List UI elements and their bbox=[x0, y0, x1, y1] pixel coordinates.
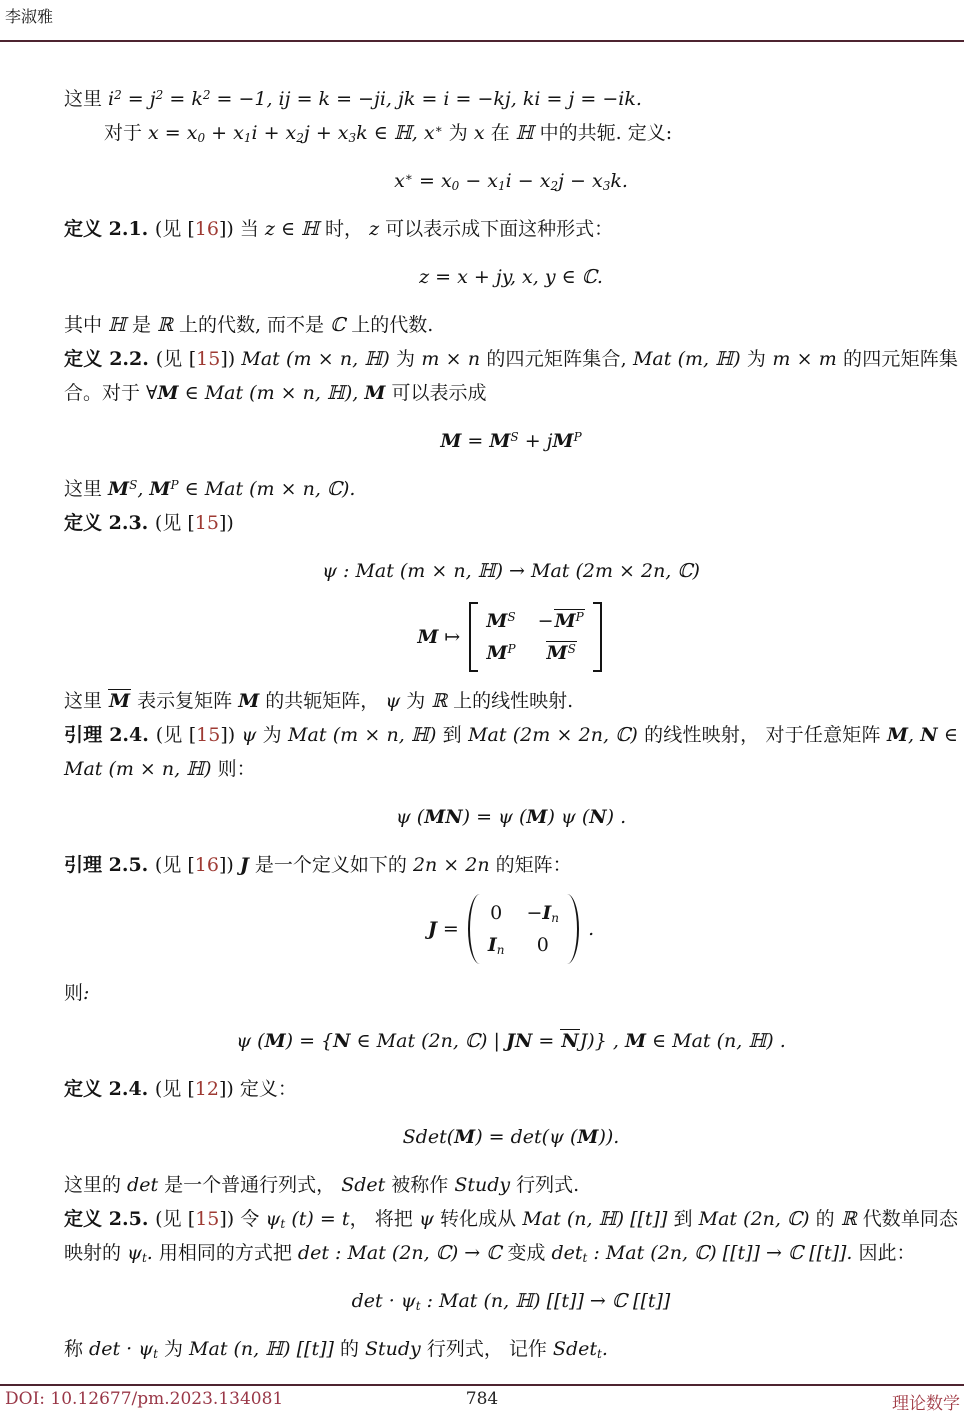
text-segment: ψ ( bbox=[236, 1030, 264, 1052]
text-segment: ℂ bbox=[330, 314, 351, 336]
text-segment: M bbox=[547, 642, 568, 664]
overline-group: MP bbox=[554, 609, 585, 633]
text-segment: Mat (2m × 2n, ℂ) bbox=[468, 724, 644, 746]
text-segment: 定义 2.3. bbox=[64, 512, 155, 534]
text-segment: 2n × 2n bbox=[413, 854, 496, 876]
text-segment: (见 [ bbox=[156, 348, 196, 370]
text-segment: 表示复矩阵 bbox=[137, 690, 238, 712]
text-segment: (见 [ bbox=[155, 854, 195, 876]
matrix-cell: 0 bbox=[526, 930, 559, 960]
text-segment: 称 bbox=[64, 1338, 89, 1360]
text-segment: 这里的 bbox=[64, 1174, 127, 1196]
text-segment: = x bbox=[413, 170, 452, 192]
text-segment: ∈ Mat (m × n, ℍ), bbox=[179, 382, 365, 404]
running-header-author: 李淑雅 bbox=[5, 4, 53, 27]
text-segment: . bbox=[147, 1242, 159, 1264]
text-segment: 引理 2.4. bbox=[64, 724, 156, 746]
text-segment: 被称作 bbox=[391, 1174, 454, 1196]
text-segment: JN bbox=[506, 1030, 532, 1052]
paper-page: 李淑雅 这里 i2 = j2 = k2 = −1, ij = k = −ji, … bbox=[0, 0, 964, 1414]
text-segment: 中的共轭. 定义: bbox=[540, 122, 672, 144]
text-segment: 的 bbox=[816, 1208, 841, 1230]
text-segment: 变成 bbox=[507, 1242, 551, 1264]
text-segment: J bbox=[428, 918, 437, 940]
citation-link[interactable]: 15 bbox=[196, 724, 220, 746]
text-segment: M bbox=[577, 1126, 598, 1148]
text-segment: z = x + jy, x, y ∈ ℂ. bbox=[419, 266, 603, 288]
text-segment: N bbox=[333, 1030, 350, 1052]
matrix-cell: 0 bbox=[488, 898, 505, 928]
matrix: 0−InIn0 bbox=[468, 894, 579, 964]
text-segment: 1 bbox=[498, 179, 506, 193]
citation-link[interactable]: 16 bbox=[195, 218, 219, 240]
text-segment: 时， bbox=[325, 218, 369, 240]
text-segment: 到 bbox=[673, 1208, 698, 1230]
text-segment: 上的代数. bbox=[351, 314, 433, 336]
paragraph: 其中 ℍ 是 ℝ 上的代数, 而不是 ℂ 上的代数. bbox=[64, 308, 958, 342]
text-segment: n bbox=[551, 911, 559, 925]
text-segment: J)} , bbox=[580, 1030, 625, 1052]
citation-link[interactable]: 15 bbox=[196, 348, 220, 370]
text-segment: ]) bbox=[219, 512, 234, 534]
text-segment: 为 bbox=[449, 122, 474, 144]
text-segment: det bbox=[127, 1174, 164, 1196]
text-segment: . bbox=[602, 1338, 608, 1360]
paragraph: 对于 x = x0 + x1i + x2j + x3k ∈ ℍ, x∗ 为 x … bbox=[64, 116, 958, 150]
paragraph: 这里的 det 是一个普通行列式， Sdet 被称作 Study 行列式. bbox=[64, 1168, 958, 1202]
text-segment: 的线性映射， 对于任意矩阵 bbox=[644, 724, 887, 746]
text-segment: det : Mat (2n, ℂ) → ℂ bbox=[298, 1242, 508, 1264]
text-segment: z bbox=[369, 218, 385, 240]
text-segment: 0 bbox=[537, 934, 549, 956]
text-segment: P bbox=[576, 610, 584, 624]
text-segment: 这里 bbox=[64, 88, 108, 110]
content: 这里 i2 = j2 = k2 = −1, ij = k = −ji, jk =… bbox=[64, 82, 958, 1366]
text-segment: 在 bbox=[491, 122, 516, 144]
text-segment: ψ bbox=[241, 724, 262, 746]
text-segment: 是 bbox=[132, 314, 157, 336]
text-segment: M bbox=[486, 642, 507, 664]
matrix-cell: −In bbox=[526, 898, 559, 928]
text-segment: M bbox=[887, 724, 908, 746]
text-segment: + x bbox=[205, 122, 244, 144]
text-segment: M bbox=[364, 382, 385, 404]
text-segment: 转化成从 bbox=[440, 1208, 522, 1230]
matrix-cell: In bbox=[488, 930, 505, 960]
text-segment: ∀ bbox=[146, 382, 157, 404]
text-segment: = bbox=[532, 1030, 560, 1052]
text-segment: 可以表示成下面这种形式： bbox=[385, 218, 613, 240]
text-segment: 的共轭矩阵， bbox=[265, 690, 385, 712]
text-segment: 行列式. bbox=[516, 1174, 579, 1196]
text-segment: det · ψ bbox=[89, 1338, 153, 1360]
text-segment: ℝ bbox=[157, 314, 179, 336]
text-segment: 则： bbox=[218, 758, 256, 780]
text-segment: M bbox=[555, 610, 576, 632]
text-segment: 对于 bbox=[104, 122, 148, 144]
text-segment: ∈ Mat (n, ℍ) . bbox=[646, 1030, 786, 1052]
text-segment: 的矩阵： bbox=[496, 854, 572, 876]
text-segment: 引理 2.5. bbox=[64, 854, 155, 876]
equation: ψ (MN) = ψ (M) ψ (N) . bbox=[64, 800, 958, 834]
text-segment: k ∈ ℍ, x bbox=[356, 122, 434, 144]
matrix-lhs: M ↦ bbox=[417, 620, 466, 654]
text-segment: 2 bbox=[296, 131, 304, 145]
text-segment: : Mat (n, ℍ) [[t]] → ℂ [[t]] bbox=[421, 1290, 671, 1312]
text-segment: 上的线性映射. bbox=[453, 690, 573, 712]
text-segment: J bbox=[240, 854, 249, 876]
text-segment: ψ ( bbox=[396, 806, 424, 828]
text-segment: (见 [ bbox=[155, 512, 195, 534]
text-segment: N bbox=[589, 806, 606, 828]
matrix-cell: −MP bbox=[538, 606, 585, 636]
text-segment: ) = det(ψ ( bbox=[475, 1126, 577, 1148]
text-segment: ↦ bbox=[438, 626, 466, 648]
text-segment: n bbox=[497, 943, 505, 957]
text-segment: 为 bbox=[396, 348, 421, 370]
text-segment: , bbox=[137, 478, 149, 500]
text-segment: S bbox=[510, 430, 518, 444]
text-segment: det bbox=[551, 1242, 582, 1264]
text-segment: : Mat (2n, ℂ) [[t]] → ℂ [[t]]. bbox=[587, 1242, 858, 1264]
paragraph: 定义 2.2. (见 [15]) Mat (m × n, ℍ) 为 m × n … bbox=[64, 342, 958, 410]
text-segment: 其中 bbox=[64, 314, 108, 336]
page-footer: DOI: 10.12677/pm.2023.134081 784 理论数学 bbox=[0, 1389, 964, 1413]
paragraph: 称 det · ψt 为 Mat (n, ℍ) [[t]] 的 Study 行列… bbox=[64, 1332, 958, 1366]
text-segment: Mat (n, ℍ) [[t]] bbox=[522, 1208, 673, 1230]
paragraph: 这里 M 表示复矩阵 M 的共轭矩阵， ψ 为 ℝ 上的线性映射. bbox=[64, 684, 958, 718]
matrix-grid: MS−MPMPMS bbox=[478, 602, 592, 672]
text-segment: 是一个普通行列式， bbox=[164, 1174, 341, 1196]
text-segment: Mat (m, ℍ) bbox=[633, 348, 747, 370]
text-segment: N bbox=[920, 724, 937, 746]
text-segment: ∗ bbox=[405, 170, 413, 184]
text-segment: M bbox=[238, 690, 259, 712]
text-segment: ]) bbox=[219, 1078, 240, 1100]
equation: M = MS + jMP bbox=[64, 424, 958, 458]
text-segment: ∈ Mat (m × n, ℂ). bbox=[179, 478, 356, 500]
matrix-left-bracket bbox=[468, 894, 480, 964]
text-segment: ]) bbox=[219, 1208, 240, 1230]
text-segment: S bbox=[568, 642, 576, 656]
matrix-cell: MS bbox=[538, 638, 585, 668]
overline-group: MS bbox=[546, 641, 577, 665]
text-segment: M bbox=[440, 430, 461, 452]
text-segment: Mat (n, ℍ) [[t]] bbox=[189, 1338, 340, 1360]
equation: ψ : Mat (m × n, ℍ) → Mat (2m × 2n, ℂ) bbox=[64, 554, 958, 588]
text-segment: MN bbox=[424, 806, 462, 828]
text-segment: = bbox=[163, 88, 191, 110]
text-segment: x bbox=[474, 122, 491, 144]
text-segment: + j bbox=[519, 430, 553, 452]
citation-link[interactable]: 12 bbox=[195, 1078, 219, 1100]
text-segment: ， 将把 bbox=[350, 1208, 419, 1230]
text-segment: m × n bbox=[421, 348, 486, 370]
text-segment: ψ bbox=[419, 1208, 440, 1230]
citation-link[interactable]: 15 bbox=[195, 1208, 219, 1230]
text-segment: Mat (m × n, ℍ) bbox=[241, 348, 396, 370]
overline-group: M bbox=[108, 689, 131, 713]
paragraph: 引理 2.4. (见 [15]) ψ 为 Mat (m × n, ℍ) 到 Ma… bbox=[64, 718, 958, 786]
matrix-right-bracket bbox=[593, 602, 602, 672]
text-segment: M bbox=[265, 1030, 286, 1052]
text-segment: ) = { bbox=[286, 1030, 334, 1052]
text-segment: 为 bbox=[263, 724, 288, 746]
text-segment: ]) bbox=[220, 724, 241, 746]
text-segment: ℍ bbox=[516, 122, 540, 144]
page-number: 784 bbox=[0, 1389, 964, 1409]
paragraph: 这里 i2 = j2 = k2 = −1, ij = k = −ji, jk =… bbox=[64, 82, 958, 116]
text-segment: M bbox=[553, 430, 574, 452]
text-segment: 令 bbox=[240, 1208, 265, 1230]
text-segment: M bbox=[417, 626, 438, 648]
text-segment: M bbox=[109, 690, 130, 712]
text-segment: P bbox=[574, 430, 582, 444]
matrix-equation: M ↦ MS−MPMPMS bbox=[64, 602, 958, 672]
text-segment: x = x bbox=[148, 122, 197, 144]
text-segment: (t) = t bbox=[285, 1208, 349, 1230]
text-segment: k. bbox=[610, 170, 628, 192]
matrix-right-bracket bbox=[567, 894, 579, 964]
equation: ψ (M) = {N ∈ Mat (2n, ℂ) | JN = NJ)} , M… bbox=[64, 1024, 958, 1058]
paragraph: 定义 2.1. (见 [16]) 当 z ∈ ℍ 时， z 可以表示成下面这种形… bbox=[64, 212, 958, 246]
text-segment: − bbox=[538, 610, 554, 632]
footer-divider bbox=[0, 1384, 964, 1386]
matrix-lhs: J = bbox=[428, 912, 465, 946]
text-segment: M bbox=[149, 478, 170, 500]
text-segment: (见 [ bbox=[155, 1208, 195, 1230]
text-segment: . bbox=[582, 918, 594, 940]
text-segment: 定义： bbox=[240, 1078, 297, 1100]
text-segment: = −1, ij = k = −ji, jk = i = −kj, ki = j… bbox=[210, 88, 641, 110]
text-segment: 定义 2.5. bbox=[64, 1208, 155, 1230]
text-segment: )). bbox=[598, 1126, 619, 1148]
text-segment: M bbox=[108, 478, 129, 500]
text-segment: 0 bbox=[490, 902, 502, 924]
text-segment: (见 [ bbox=[156, 724, 196, 746]
text-segment: 当 bbox=[240, 218, 265, 240]
text-segment: P bbox=[170, 478, 178, 492]
text-segment: 为 bbox=[406, 690, 431, 712]
text-segment: i − x bbox=[506, 170, 551, 192]
journal-name[interactable]: 理论数学 bbox=[892, 1389, 960, 1414]
text-segment: 2 bbox=[550, 179, 558, 193]
matrix: MS−MPMPMS bbox=[469, 602, 601, 672]
text-segment: M bbox=[486, 610, 507, 632]
text-segment: det · ψ bbox=[352, 1290, 416, 1312]
text-segment: 因此： bbox=[858, 1242, 915, 1264]
text-segment: Study bbox=[365, 1338, 427, 1360]
text-segment: M bbox=[625, 1030, 646, 1052]
text-segment: j − x bbox=[558, 170, 603, 192]
paragraph: 定义 2.5. (见 [15]) 令 ψt (t) = t， 将把 ψ 转化成从… bbox=[64, 1202, 958, 1270]
text-segment: 则 bbox=[64, 982, 83, 1004]
text-segment: ψ bbox=[127, 1242, 142, 1264]
text-segment: ψ bbox=[265, 1208, 280, 1230]
matrix-equation: J = 0−InIn0 . bbox=[64, 894, 958, 964]
text-segment: (见 [ bbox=[155, 218, 195, 240]
text-segment: = bbox=[461, 430, 489, 452]
text-segment: ]) bbox=[219, 218, 240, 240]
text-segment: : bbox=[83, 982, 89, 1004]
text-segment: 0 bbox=[197, 131, 205, 145]
text-segment: Mat (2n, ℂ) bbox=[699, 1208, 816, 1230]
text-segment: ) . bbox=[607, 806, 627, 828]
text-segment: ) = ψ ( bbox=[463, 806, 527, 828]
text-segment: 用相同的方式把 bbox=[159, 1242, 298, 1264]
text-segment: N bbox=[561, 1030, 578, 1052]
text-segment: S bbox=[507, 610, 515, 624]
text-segment: 这里 bbox=[64, 478, 108, 500]
matrix-cell: MP bbox=[486, 638, 515, 668]
text-segment: 定义 2.4. bbox=[64, 1078, 155, 1100]
citation-link[interactable]: 15 bbox=[195, 512, 219, 534]
matrix-left-bracket bbox=[469, 602, 478, 672]
text-segment: M bbox=[454, 1126, 475, 1148]
text-segment: 这里 bbox=[64, 690, 108, 712]
text-segment: ]) bbox=[220, 348, 241, 370]
text-segment: M bbox=[158, 382, 179, 404]
matrix-rhs: . bbox=[582, 912, 594, 946]
text-segment: , bbox=[908, 724, 920, 746]
text-segment: ℝ bbox=[431, 690, 453, 712]
text-segment: x bbox=[394, 170, 405, 192]
text-segment: − bbox=[526, 902, 542, 924]
text-segment: ]) bbox=[219, 854, 240, 876]
text-segment: 可以表示成 bbox=[391, 382, 486, 404]
text-segment: ∈ Mat (2n, ℂ) | bbox=[351, 1030, 506, 1052]
text-segment: Sdet bbox=[553, 1338, 597, 1360]
text-segment: I bbox=[542, 902, 551, 924]
text-segment: = bbox=[437, 918, 465, 940]
paragraph: 引理 2.5. (见 [16]) J 是一个定义如下的 2n × 2n 的矩阵： bbox=[64, 848, 958, 882]
equation: z = x + jy, x, y ∈ ℂ. bbox=[64, 260, 958, 294]
text-segment: i + x bbox=[251, 122, 296, 144]
text-segment: 定义 2.1. bbox=[64, 218, 155, 240]
text-segment: 的四元矩阵集合, bbox=[486, 348, 633, 370]
text-segment: = bbox=[122, 88, 150, 110]
text-segment: ℍ bbox=[108, 314, 132, 336]
text-segment: ∗ bbox=[435, 122, 443, 136]
citation-link[interactable]: 16 bbox=[195, 854, 219, 876]
text-segment: m × m bbox=[772, 348, 843, 370]
matrix-grid: 0−InIn0 bbox=[480, 894, 567, 964]
text-segment: ψ : Mat (m × n, ℍ) → Mat (2m × 2n, ℂ) bbox=[322, 560, 700, 582]
text-segment: P bbox=[507, 642, 515, 656]
text-segment: Sdet( bbox=[403, 1126, 454, 1148]
text-segment: 是一个定义如下的 bbox=[255, 854, 413, 876]
text-segment: I bbox=[488, 934, 497, 956]
text-segment: 行列式， 记作 bbox=[427, 1338, 553, 1360]
text-segment: Sdet bbox=[341, 1174, 391, 1196]
text-segment: 为 bbox=[164, 1338, 189, 1360]
paragraph: 定义 2.3. (见 [15]) bbox=[64, 506, 958, 540]
paragraph: 定义 2.4. (见 [12]) 定义： bbox=[64, 1072, 958, 1106]
text-segment: 到 bbox=[443, 724, 468, 746]
text-segment: ℝ bbox=[841, 1208, 863, 1230]
text-segment: − x bbox=[459, 170, 498, 192]
text-segment: k bbox=[191, 88, 203, 110]
text-segment: 定义 2.2. bbox=[64, 348, 156, 370]
text-segment: 为 bbox=[747, 348, 772, 370]
text-segment: (见 [ bbox=[155, 1078, 195, 1100]
text-segment: Study bbox=[454, 1174, 516, 1196]
equation: Sdet(M) = det(ψ (M)). bbox=[64, 1120, 958, 1154]
text-segment: 2 bbox=[114, 88, 122, 102]
paragraph: 则: bbox=[64, 976, 958, 1010]
text-segment: 的 bbox=[340, 1338, 365, 1360]
text-segment: Mat (m × n, ℍ) bbox=[288, 724, 443, 746]
text-segment: M bbox=[526, 806, 547, 828]
text-segment: j + x bbox=[304, 122, 349, 144]
text-segment: ψ bbox=[385, 690, 406, 712]
equation: x∗ = x0 − x1i − x2j − x3k. bbox=[64, 164, 958, 198]
overline-group: N bbox=[560, 1029, 579, 1053]
equation: det · ψt : Mat (n, ℍ) [[t]] → ℂ [[t]] bbox=[64, 1284, 958, 1318]
text-segment: M bbox=[489, 430, 510, 452]
paragraph: 这里 MS, MP ∈ Mat (m × n, ℂ). bbox=[64, 472, 958, 506]
text-segment: ) ψ ( bbox=[547, 806, 589, 828]
header-divider bbox=[0, 40, 964, 42]
text-segment: 上的代数, 而不是 bbox=[179, 314, 330, 336]
text-segment: z ∈ ℍ bbox=[265, 218, 325, 240]
matrix-cell: MS bbox=[486, 606, 515, 636]
